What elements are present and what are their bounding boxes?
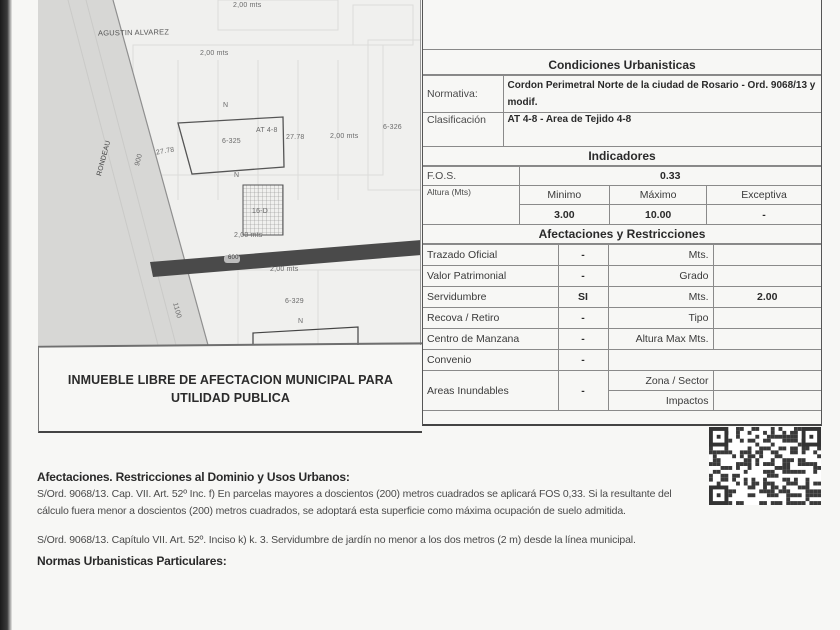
normativa-value: Cordon Perimetral Norte de la ciudad de … xyxy=(503,76,821,113)
table-row: Valor Patrimonial - Grado xyxy=(423,266,821,287)
north-mark-3: N xyxy=(298,318,303,325)
table-row: Trazado Oficial - Mts. xyxy=(423,245,821,266)
row-sub-label: Mts. xyxy=(608,287,713,308)
zona-sector-value xyxy=(713,371,821,391)
restriction-paragraph-2: S/Ord. 9068/13. Capítulo VII. Art. 52º. … xyxy=(37,532,705,549)
notice-text: INMUEBLE LIBRE DE AFECTACION MUNICIPAL P… xyxy=(53,371,408,407)
restrictions-heading: Afectaciones. Restricciones al Dominio y… xyxy=(37,470,705,484)
row-sub-value: 2.00 xyxy=(713,287,821,308)
map-dim-under-road: 2,00 mts xyxy=(270,266,298,273)
altura-exc-value: - xyxy=(707,205,821,225)
row-sub-value xyxy=(713,245,821,266)
zona-sector-label: Zona / Sector xyxy=(608,371,713,391)
row-label: Servidumbre xyxy=(423,287,558,308)
map-dim-top: 2,00 mts xyxy=(233,2,261,9)
impactos-value xyxy=(713,391,821,411)
affectations-title: Afectaciones y Restricciones xyxy=(423,225,821,244)
row-label: Convenio xyxy=(423,350,558,371)
north-mark-1: N xyxy=(223,102,228,109)
areas-inundables-value: - xyxy=(558,371,608,411)
row-value: - xyxy=(558,245,608,266)
row-value: - xyxy=(558,266,608,287)
row-value: - xyxy=(558,308,608,329)
table-row: Areas Inundables - Zona / Sector xyxy=(423,371,821,391)
row-value: SI xyxy=(558,287,608,308)
altura-label: Altura (Mts) xyxy=(423,186,519,225)
map-dim-upper: 2,00 mts xyxy=(200,50,228,57)
urban-conditions-panel: Condiciones Urbanisticas Normativa: Cord… xyxy=(422,0,822,426)
row-sub-value xyxy=(713,308,821,329)
public-utility-notice: INMUEBLE LIBRE DE AFECTACION MUNICIPAL P… xyxy=(38,347,422,433)
row-label: Valor Patrimonial xyxy=(423,266,558,287)
parcel-map: 2,00 mts AGUSTIN ALVAREZ 2,00 mts N AT 4… xyxy=(38,0,421,345)
table-row: Convenio - xyxy=(423,350,821,371)
row-sub-label: Tipo xyxy=(608,308,713,329)
row-label: Centro de Manzana xyxy=(423,329,558,350)
normativa-label: Normativa: xyxy=(423,76,503,113)
table-row: Recova / Retiro - Tipo xyxy=(423,308,821,329)
row-label: Trazado Oficial xyxy=(423,245,558,266)
particular-norms-heading: Normas Urbanisticas Particulares: xyxy=(37,554,705,568)
row-label: Recova / Retiro xyxy=(423,308,558,329)
parcel-side-right: 27.78 xyxy=(286,134,305,141)
parcel-id-main: 6-325 xyxy=(222,138,241,145)
table-row: Servidumbre SI Mts. 2.00 xyxy=(423,287,821,308)
affectations-table: Trazado Oficial - Mts. Valor Patrimonial… xyxy=(423,244,821,411)
row-sub-label: Grado xyxy=(608,266,713,287)
zone-label: AT 4-8 xyxy=(256,127,278,134)
qr-code-icon xyxy=(709,427,821,505)
fos-value: 0.33 xyxy=(519,167,821,186)
parcel-id-lower: 6-329 xyxy=(285,298,304,305)
hatched-block-label: 16-D xyxy=(252,208,268,215)
impactos-label: Impactos xyxy=(608,391,713,411)
altura-min-label: Minimo xyxy=(519,186,610,205)
scan-shadow-edge xyxy=(0,0,12,630)
indicators-table: F.O.S. 0.33 Altura (Mts) Minimo Máximo E… xyxy=(423,166,821,225)
row-sub-empty xyxy=(608,350,821,371)
altura-max-label: Máximo xyxy=(610,186,707,205)
restrictions-section: Afectaciones. Restricciones al Dominio y… xyxy=(37,470,705,570)
row-sub-label: Altura Max Mts. xyxy=(608,329,713,350)
clasificacion-value: AT 4-8 - Area de Tejido 4-8 xyxy=(503,113,821,147)
row-value: - xyxy=(558,350,608,371)
map-dim-right: 2,00 mts xyxy=(330,133,358,140)
conditions-table: Normativa: Cordon Perimetral Norte de la… xyxy=(423,75,821,147)
road-badge: 600 xyxy=(228,255,239,261)
row-sub-value xyxy=(713,329,821,350)
row-sub-label: Mts. xyxy=(608,245,713,266)
header-blank-area xyxy=(423,0,821,50)
altura-max-value: 10.00 xyxy=(610,205,707,225)
row-value: - xyxy=(558,329,608,350)
map-dim-lower: 2,00 mts xyxy=(234,232,262,239)
conditions-title: Condiciones Urbanisticas xyxy=(423,56,821,75)
restriction-paragraph-1: S/Ord. 9068/13. Cap. VII. Art. 52º Inc. … xyxy=(37,486,705,520)
table-row: Centro de Manzana - Altura Max Mts. xyxy=(423,329,821,350)
parcel-id-right: 6-326 xyxy=(383,124,402,131)
indicators-title: Indicadores xyxy=(423,147,821,166)
north-mark-2: N xyxy=(234,172,239,179)
fos-label: F.O.S. xyxy=(423,167,519,186)
altura-min-value: 3.00 xyxy=(519,205,610,225)
row-sub-value xyxy=(713,266,821,287)
clasificacion-label: Clasificación xyxy=(423,113,503,147)
street-name-label: AGUSTIN ALVAREZ xyxy=(98,27,169,37)
areas-inundables-label: Areas Inundables xyxy=(423,371,558,411)
altura-exc-label: Exceptiva xyxy=(707,186,821,205)
